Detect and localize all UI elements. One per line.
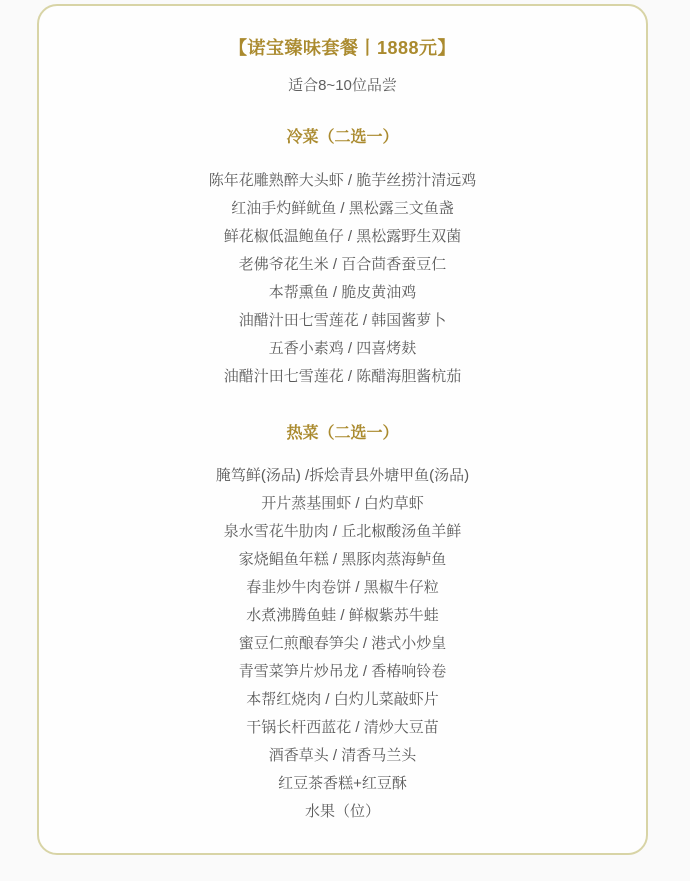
dish-line: 本帮红烧肉 / 白灼儿菜敲虾片 (63, 686, 622, 714)
section-heading: 冷菜（二选一） (63, 127, 622, 149)
menu-section: 热菜（二选一） 腌笃鲜(汤品) /拆烩青县外塘甲鱼(汤品)开片蒸基围虾 / 白灼… (63, 423, 622, 826)
menu-section: 冷菜（二选一） 陈年花雕熟醉大头虾 / 脆芋丝捞汁清远鸡红油手灼鲜鱿鱼 / 黑松… (63, 127, 622, 391)
dish-line: 水果（位） (63, 798, 622, 826)
dish-line: 五香小素鸡 / 四喜烤麸 (63, 335, 622, 363)
dish-line: 陈年花雕熟醉大头虾 / 脆芋丝捞汁清远鸡 (63, 167, 622, 195)
dish-line: 干锅长杆西蓝花 / 清炒大豆苗 (63, 714, 622, 742)
menu-subtitle: 适合8~10位品尝 (63, 75, 622, 96)
dish-line: 红油手灼鲜鱿鱼 / 黑松露三文鱼盏 (63, 195, 622, 223)
menu-card: 【诺宝臻味套餐丨1888元】 适合8~10位品尝 冷菜（二选一） 陈年花雕熟醉大… (37, 4, 648, 855)
dish-line: 蜜豆仁煎酿春笋尖 / 港式小炒皇 (63, 630, 622, 658)
dish-line: 腌笃鲜(汤品) /拆烩青县外塘甲鱼(汤品) (63, 462, 622, 490)
dish-line: 泉水雪花牛肋肉 / 丘北椒酸汤鱼羊鲜 (63, 518, 622, 546)
dish-line: 酒香草头 / 清香马兰头 (63, 742, 622, 770)
menu-sections: 冷菜（二选一） 陈年花雕熟醉大头虾 / 脆芋丝捞汁清远鸡红油手灼鲜鱿鱼 / 黑松… (63, 127, 622, 826)
page-background: 【诺宝臻味套餐丨1888元】 适合8~10位品尝 冷菜（二选一） 陈年花雕熟醉大… (0, 0, 690, 881)
dish-line: 水煮沸腾鱼蛙 / 鲜椒紫苏牛蛙 (63, 602, 622, 630)
dish-line: 春韭炒牛肉卷饼 / 黑椒牛仔粒 (63, 574, 622, 602)
dish-list: 腌笃鲜(汤品) /拆烩青县外塘甲鱼(汤品)开片蒸基围虾 / 白灼草虾泉水雪花牛肋… (63, 462, 622, 826)
dish-line: 红豆茶香糕+红豆酥 (63, 770, 622, 798)
dish-line: 本帮熏鱼 / 脆皮黄油鸡 (63, 279, 622, 307)
section-heading: 热菜（二选一） (63, 423, 622, 445)
dish-line: 油醋汁田七雪莲花 / 陈醋海胆酱杭茄 (63, 363, 622, 391)
dish-list: 陈年花雕熟醉大头虾 / 脆芋丝捞汁清远鸡红油手灼鲜鱿鱼 / 黑松露三文鱼盏鲜花椒… (63, 167, 622, 391)
dish-line: 鲜花椒低温鲍鱼仔 / 黑松露野生双菌 (63, 223, 622, 251)
dish-line: 老佛爷花生米 / 百合茴香蚕豆仁 (63, 251, 622, 279)
dish-line: 家烧鲳鱼年糕 / 黑豚肉蒸海鲈鱼 (63, 546, 622, 574)
dish-line: 开片蒸基围虾 / 白灼草虾 (63, 490, 622, 518)
dish-line: 油醋汁田七雪莲花 / 韩国酱萝卜 (63, 307, 622, 335)
dish-line: 青雪菜笋片炒吊龙 / 香椿响铃卷 (63, 658, 622, 686)
menu-title: 【诺宝臻味套餐丨1888元】 (63, 36, 622, 61)
